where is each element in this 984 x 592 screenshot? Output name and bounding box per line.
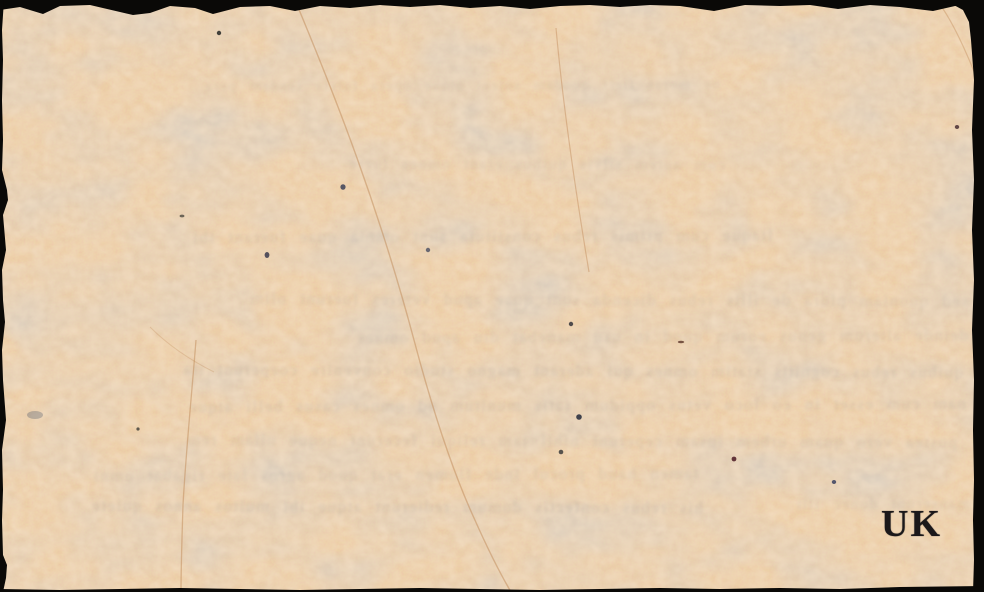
scan-edge-right (940, 0, 984, 592)
scan-edges (0, 0, 984, 592)
scan-edge-top (0, 0, 984, 15)
page-label-uk: UK (881, 505, 942, 543)
scanned-page: ne moras fieri quodam solent atque opera… (0, 0, 984, 592)
scan-edge-bottom (0, 586, 984, 592)
scan-edge-left (0, 0, 8, 592)
